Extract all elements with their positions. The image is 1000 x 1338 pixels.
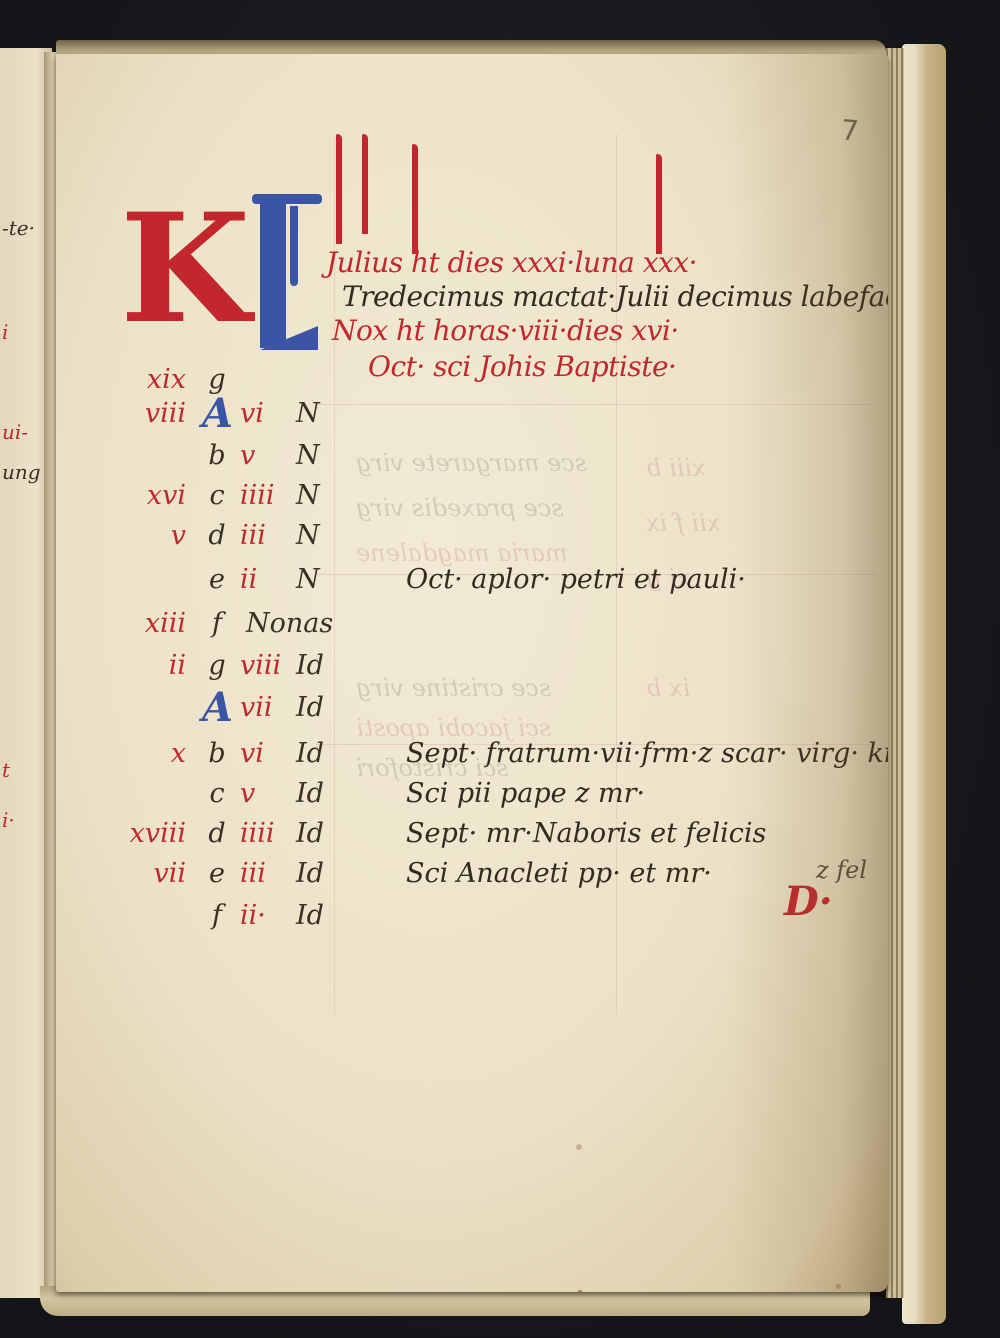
show-through-text: maria magdalene xyxy=(356,539,568,567)
feast-text: Sci Anacleti pp· et mr· xyxy=(406,858,712,889)
roman-day: v xyxy=(240,778,300,809)
feast-text: Sept· mr·Naboris et felicis xyxy=(406,818,766,849)
show-through-text: ix b xyxy=(646,674,690,702)
show-through-text: sce praxedis virg xyxy=(356,494,564,522)
roman-day: iii xyxy=(240,858,300,889)
golden-number: xix xyxy=(126,364,186,395)
kalends-marker: N xyxy=(296,564,366,595)
roman-day: iii xyxy=(240,520,300,551)
golden-number: xviii xyxy=(126,818,186,849)
dominical-letter: f xyxy=(202,900,232,931)
left-fragment-text: i xyxy=(2,320,8,344)
red-ascender-flourish xyxy=(412,144,418,254)
manuscript-page: sce margarete virg sce praxedis virg mar… xyxy=(56,54,888,1292)
dominical-letter: e xyxy=(202,858,232,889)
dominical-letter: b xyxy=(202,440,232,471)
feast-text: Sept· fratrum·vii·frm·z scar· virg· kili… xyxy=(406,738,888,769)
red-ascender-flourish xyxy=(362,134,368,234)
left-fragment-text: -te· xyxy=(2,216,35,240)
roman-day: ii xyxy=(240,564,300,595)
roman-day: vi xyxy=(240,398,300,429)
red-ascender-flourish xyxy=(336,134,342,244)
dominical-letter: d xyxy=(202,818,232,849)
decorated-initial-l xyxy=(252,198,318,358)
left-fragment-text: ung xyxy=(2,460,41,484)
header-line-month: Julius ht dies xxxi·luna xxx· xyxy=(326,246,697,279)
dominical-letter: c xyxy=(202,480,232,511)
golden-number: xiii xyxy=(126,608,186,639)
left-fragment-text: ui- xyxy=(2,420,28,444)
golden-number: vii xyxy=(126,858,186,889)
roman-day: vii xyxy=(240,692,300,723)
dominical-letter: e xyxy=(202,564,232,595)
folio-number: 7 xyxy=(840,113,860,147)
red-letter-mark: D· xyxy=(784,878,833,925)
ink-stain xyxy=(576,1290,584,1292)
ides-marker: Id xyxy=(296,738,366,769)
ruling-line xyxy=(316,404,876,405)
ides-marker: Id xyxy=(296,778,366,809)
ink-stain xyxy=(576,1144,582,1150)
marginal-annotation: z fel xyxy=(816,856,867,884)
ides-marker: Id xyxy=(296,650,366,681)
golden-number: x xyxy=(126,738,186,769)
ink-stain xyxy=(836,1284,841,1289)
kalends-marker: N xyxy=(296,440,366,471)
ides-marker: Id xyxy=(296,900,366,931)
kalends-marker: N xyxy=(296,480,366,511)
roman-day: iiii xyxy=(240,480,300,511)
show-through-text: sce cristine virg xyxy=(356,674,551,702)
kalends-marker: N xyxy=(296,520,366,551)
ides-marker: Id xyxy=(296,692,366,723)
golden-number: v xyxy=(126,520,186,551)
decorated-initial-k: K xyxy=(120,194,250,344)
red-ascender-flourish xyxy=(656,154,662,254)
show-through-text: sce margarete virg xyxy=(356,449,587,477)
dominical-letter-initial: A xyxy=(202,684,232,731)
nones-marker: Nonas xyxy=(246,608,316,639)
roman-day: ii· xyxy=(240,900,300,931)
page-fore-edge xyxy=(886,48,904,1298)
roman-day: vi xyxy=(240,738,300,769)
dominical-letter-initial: A xyxy=(202,390,232,437)
feast-text: Oct· aplor· petri et pauli· xyxy=(406,564,746,595)
golden-number: viii xyxy=(126,398,186,429)
show-through-text: xiii b xyxy=(646,454,706,482)
roman-day: iiii xyxy=(240,818,300,849)
left-fragment-text: i· xyxy=(2,808,15,832)
header-line-night-hours: Nox ht horas·viii·dies xvi· xyxy=(332,314,679,347)
show-through-text: xii f ix xyxy=(646,509,720,537)
limp-vellum-binding xyxy=(902,44,946,1324)
dominical-letter: b xyxy=(202,738,232,769)
ides-marker: Id xyxy=(296,818,366,849)
golden-number: xvi xyxy=(126,480,186,511)
roman-day: viii xyxy=(240,650,300,681)
left-fragment-text: t xyxy=(2,758,10,782)
header-line-verse: Tredecimus mactat·Julii decimus labefac xyxy=(342,280,888,313)
header-line-octave: Oct· sci Johis Baptiste· xyxy=(368,350,676,383)
feast-text: Sci pii pape z mr· xyxy=(406,778,645,809)
dominical-letter: d xyxy=(202,520,232,551)
ides-marker: Id xyxy=(296,858,366,889)
dominical-letter: f xyxy=(202,608,232,639)
kalends-marker: N xyxy=(296,398,366,429)
dominical-letter: g xyxy=(202,650,232,681)
dominical-letter: c xyxy=(202,778,232,809)
golden-number: ii xyxy=(126,650,186,681)
roman-day: v xyxy=(240,440,300,471)
